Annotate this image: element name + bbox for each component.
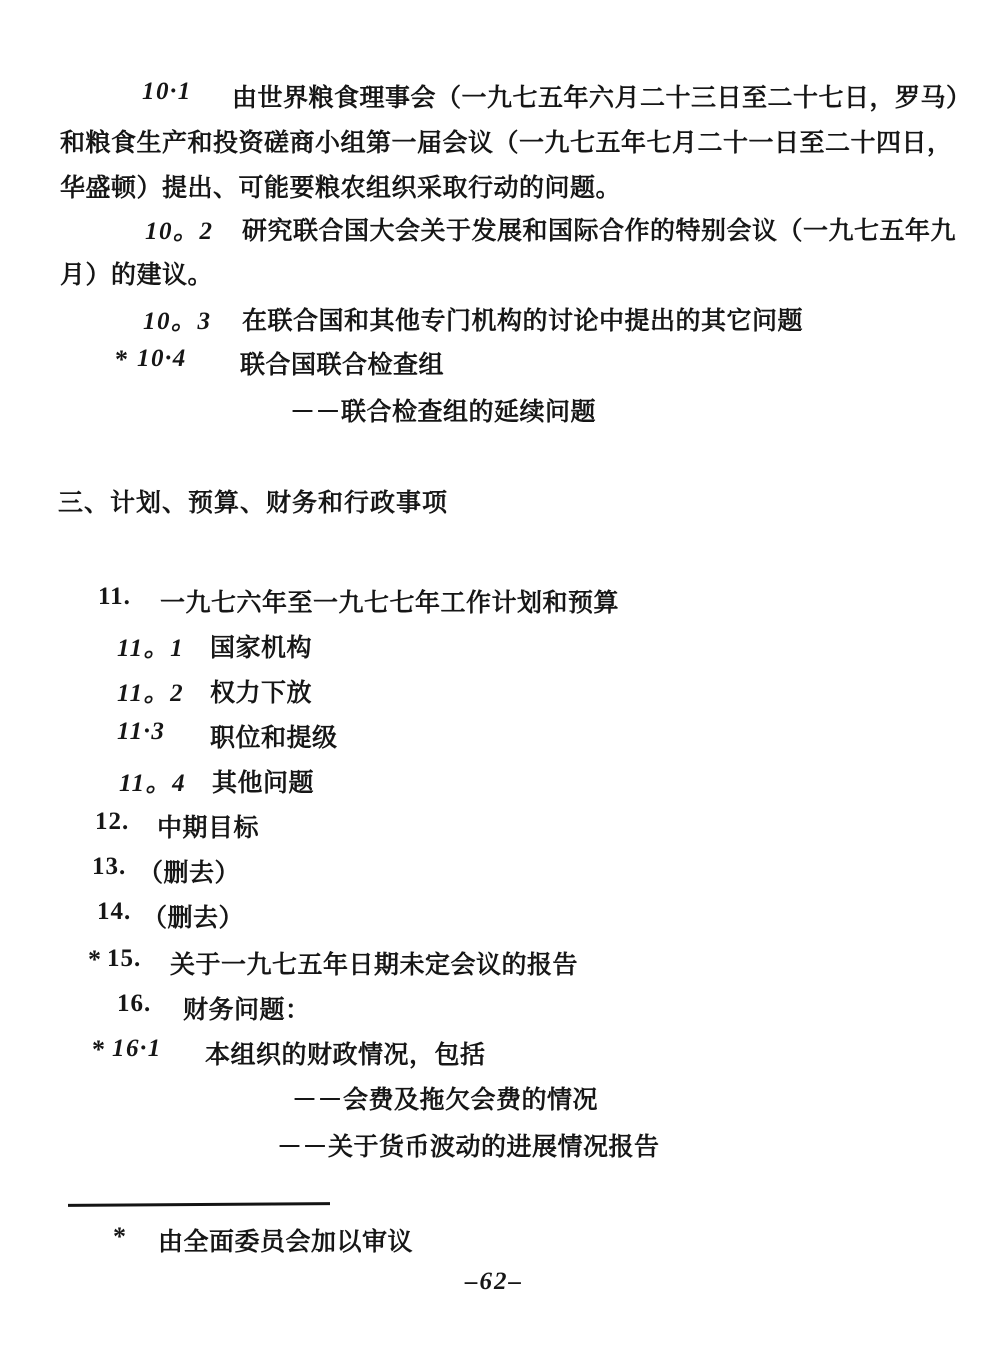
agenda-item-15: * 15. 关于一九七五年日期未定会议的报告 [0, 945, 1000, 981]
item-number-13: 13. [92, 853, 126, 881]
agenda-item-11: 11. 一九七六年至一九七七年工作计划和预算 [0, 583, 1000, 619]
agenda-item-10-4-subitem: －－联合检查组的延续问题 [0, 392, 1000, 428]
item-number-11: 11. [98, 583, 131, 611]
item-text-10-2-line-1: 研究联合国大会关于发展和国际合作的特别会议（一九七五年九 [242, 211, 956, 247]
item-text-13: （删去） [138, 853, 240, 889]
item-number-14: 14. [97, 898, 131, 926]
subitem-text-10-4: －－联合检查组的延续问题 [290, 392, 596, 428]
agenda-item-16-1: * 16·1 本组织的财政情况，包括 [0, 1035, 1000, 1071]
item-number-10-4: 10·4 [137, 345, 187, 373]
item-text-10-1-line-3: 华盛顿）提出、可能要粮农组织采取行动的问题。 [60, 168, 621, 204]
item-number-10-2: 10。2 [145, 211, 214, 247]
agenda-item-10-1-line-3: 华盛顿）提出、可能要粮农组织采取行动的问题。 [0, 168, 1000, 204]
agenda-item-11-1: 11。1 国家机构 [0, 628, 1000, 664]
agenda-item-12: 12. 中期目标 [0, 808, 1000, 844]
agenda-item-16-1-subitem-1: －－会费及拖欠会费的情况 [0, 1080, 1000, 1116]
subitem-text-16-1-a: －－会费及拖欠会费的情况 [292, 1080, 598, 1116]
agenda-item-11-2: 11。2 权力下放 [0, 673, 1000, 709]
agenda-item-10-2-line-2: 月）的建议。 [0, 255, 1000, 291]
item-text-10-3: 在联合国和其他专门机构的讨论中提出的其它问题 [242, 301, 803, 337]
item-text-15: 关于一九七五年日期未定会议的报告 [170, 945, 578, 981]
footnote: * 由全面委员会加以审议 [0, 1222, 1000, 1258]
agenda-item-14: 14. （删去） [0, 898, 1000, 934]
item-text-16-1: 本组织的财政情况，包括 [205, 1035, 486, 1071]
review-marker-asterisk: * [92, 1035, 106, 1065]
item-text-12: 中期目标 [157, 808, 259, 844]
item-number-11-4: 11。4 [119, 763, 186, 799]
document-page: 10·1 由世界粮食理事会（一九七五年六月二十三日至二十七日，罗马） 和粮食生产… [0, 0, 1000, 1369]
item-text-16: 财务问题： [183, 990, 311, 1026]
agenda-item-16-1-subitem-2: －－关于货币波动的进展情况报告 [0, 1127, 1000, 1163]
item-number-15: 15. [107, 945, 141, 973]
review-marker-asterisk: * [88, 945, 102, 975]
item-number-16: 16. [117, 990, 151, 1018]
footnote-text: 由全面委员会加以审议 [158, 1222, 413, 1258]
page-number: –62– [465, 1268, 523, 1296]
agenda-item-11-4: 11。4 其他问题 [0, 763, 1000, 799]
agenda-item-10-2-line-1: 10。2 研究联合国大会关于发展和国际合作的特别会议（一九七五年九 [0, 211, 1000, 247]
section-heading-text: 三、计划、预算、财务和行政事项 [58, 483, 448, 519]
subitem-text-16-1-b: －－关于货币波动的进展情况报告 [277, 1127, 660, 1163]
agenda-item-10-4: * 10·4 联合国联合检查组 [0, 345, 1000, 381]
agenda-item-10-3: 10。3 在联合国和其他专门机构的讨论中提出的其它问题 [0, 301, 1000, 337]
item-text-10-4: 联合国联合检查组 [240, 345, 444, 381]
item-number-10-1: 10·1 [142, 78, 192, 106]
item-number-11-1: 11。1 [117, 628, 184, 664]
agenda-item-13: 13. （删去） [0, 853, 1000, 889]
item-text-10-1-line-1: 由世界粮食理事会（一九七五年六月二十三日至二十七日，罗马） [232, 78, 972, 114]
item-number-12: 12. [95, 808, 129, 836]
review-marker-asterisk: * [115, 345, 129, 375]
agenda-item-10-1-line-2: 和粮食生产和投资磋商小组第一届会议（一九七五年七月二十一日至二十四日， [0, 123, 1000, 159]
item-text-11-2: 权力下放 [210, 673, 312, 709]
item-number-11-2: 11。2 [117, 673, 184, 709]
item-text-14: （删去） [142, 898, 244, 934]
agenda-item-11-3: 11·3 职位和提级 [0, 718, 1000, 754]
agenda-item-16: 16. 财务问题： [0, 990, 1000, 1026]
item-number-16-1: 16·1 [112, 1035, 162, 1063]
item-number-11-3: 11·3 [117, 718, 165, 746]
section-heading-3: 三、计划、预算、财务和行政事项 [0, 483, 1000, 519]
footnote-asterisk: * [113, 1222, 127, 1252]
item-text-11: 一九七六年至一九七七年工作计划和预算 [160, 583, 619, 619]
footnote-divider [68, 1202, 330, 1207]
agenda-item-10-1-line-1: 10·1 由世界粮食理事会（一九七五年六月二十三日至二十七日，罗马） [0, 78, 1000, 114]
item-text-11-4: 其他问题 [212, 763, 314, 799]
item-number-10-3: 10。3 [143, 301, 212, 337]
item-text-11-3: 职位和提级 [210, 718, 338, 754]
item-text-10-2-line-2: 月）的建议。 [60, 255, 213, 291]
item-text-11-1: 国家机构 [210, 628, 312, 664]
item-text-10-1-line-2: 和粮食生产和投资磋商小组第一届会议（一九七五年七月二十一日至二十四日， [60, 123, 953, 159]
